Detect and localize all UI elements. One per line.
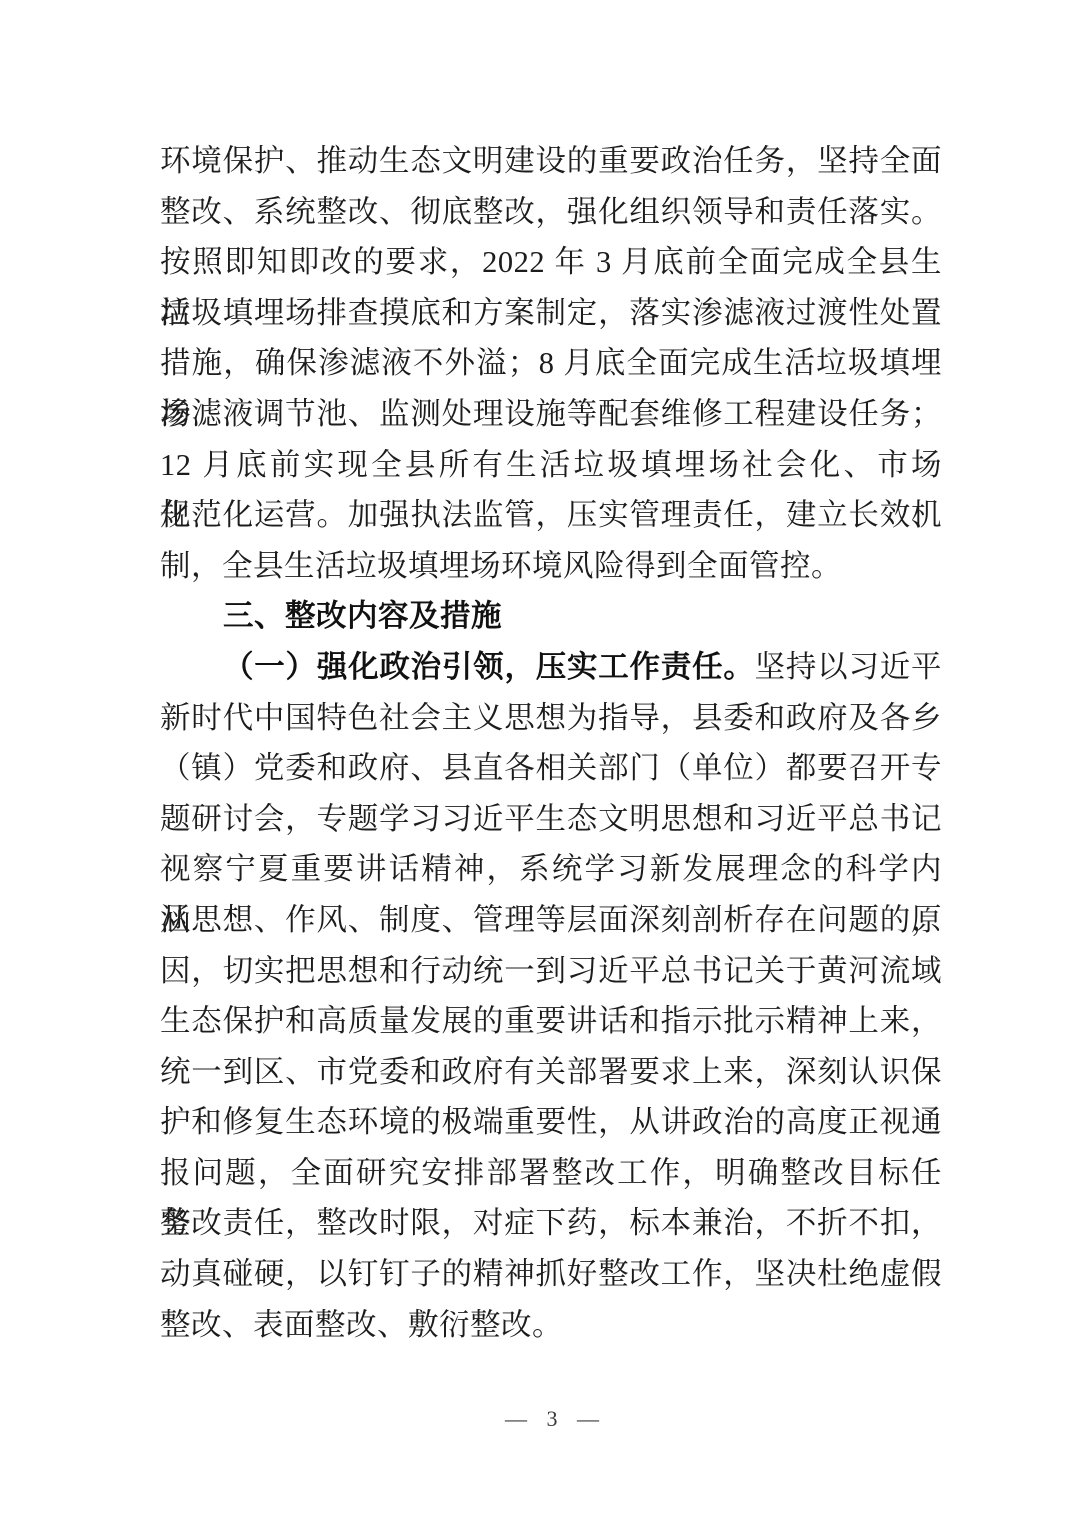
document-line: 从思想、作风、制度、管理等层面深刻剖析存在问题的原: [160, 895, 942, 946]
page-number: — 3 —: [16, 1406, 1074, 1432]
document-line: 制，全县生活垃圾填埋场环境风险得到全面管控。: [160, 541, 942, 592]
document-line: 规范化运营。加强执法监管，压实管理责任，建立长效机: [160, 490, 942, 541]
document-line: 护和修复生态环境的极端重要性，从讲政治的高度正视通: [160, 1097, 942, 1148]
document-line: 措施，确保渗滤液不外溢；8 月底全面完成生活垃圾填埋场: [160, 338, 942, 389]
document-line: 视察宁夏重要讲话精神，系统学习新发展理念的科学内涵，: [160, 844, 942, 895]
document-line: 渗滤液调节池、监测处理设施等配套维修工程建设任务；: [160, 389, 942, 440]
document-line: 题研讨会，专题学习习近平生态文明思想和习近平总书记: [160, 794, 942, 845]
section-heading: 三、整改内容及措施: [160, 591, 942, 642]
document-page: 环境保护、推动生态文明建设的重要政治任务，坚持全面 整改、系统整改、彻底整改，强…: [0, 0, 1074, 1520]
document-line: 生态保护和高质量发展的重要讲话和指示批示精神上来，: [160, 996, 942, 1047]
document-line: 整改、表面整改、敷衍整改。: [160, 1300, 942, 1351]
document-line: （一）强化政治引领，压实工作责任。坚持以习近平: [160, 642, 942, 693]
document-line: 整改、系统整改、彻底整改，强化组织领导和责任落实。: [160, 187, 942, 238]
document-line: （镇）党委和政府、县直各相关部门（单位）都要召开专: [160, 743, 942, 794]
document-line: 因，切实把思想和行动统一到习近平总书记关于黄河流域: [160, 946, 942, 997]
document-line: 统一到区、市党委和政府有关部署要求上来，深刻认识保: [160, 1047, 942, 1098]
document-line: 动真碰硬，以钉钉子的精神抓好整改工作，坚决杜绝虚假: [160, 1249, 942, 1300]
document-line: 环境保护、推动生态文明建设的重要政治任务，坚持全面: [160, 136, 942, 187]
document-line: 报问题，全面研究安排部署整改工作，明确整改目标任务，: [160, 1148, 942, 1199]
subsection-title: （一）强化政治引领，压实工作责任。: [223, 650, 755, 684]
document-content: 环境保护、推动生态文明建设的重要政治任务，坚持全面 整改、系统整改、彻底整改，强…: [160, 136, 942, 1350]
document-line: 按照即知即改的要求，2022 年 3 月底前全面完成全县生活: [160, 237, 942, 288]
document-line: 整改责任，整改时限，对症下药，标本兼治，不折不扣，: [160, 1198, 942, 1249]
document-line: 垃圾填埋场排查摸底和方案制定，落实渗滤液过渡性处置: [160, 288, 942, 339]
document-line-text: 坚持以习近平: [755, 650, 942, 684]
document-line: 新时代中国特色社会主义思想为指导，县委和政府及各乡: [160, 693, 942, 744]
document-line: 12 月底前实现全县所有生活垃圾填埋场社会化、市场化、: [160, 440, 942, 491]
